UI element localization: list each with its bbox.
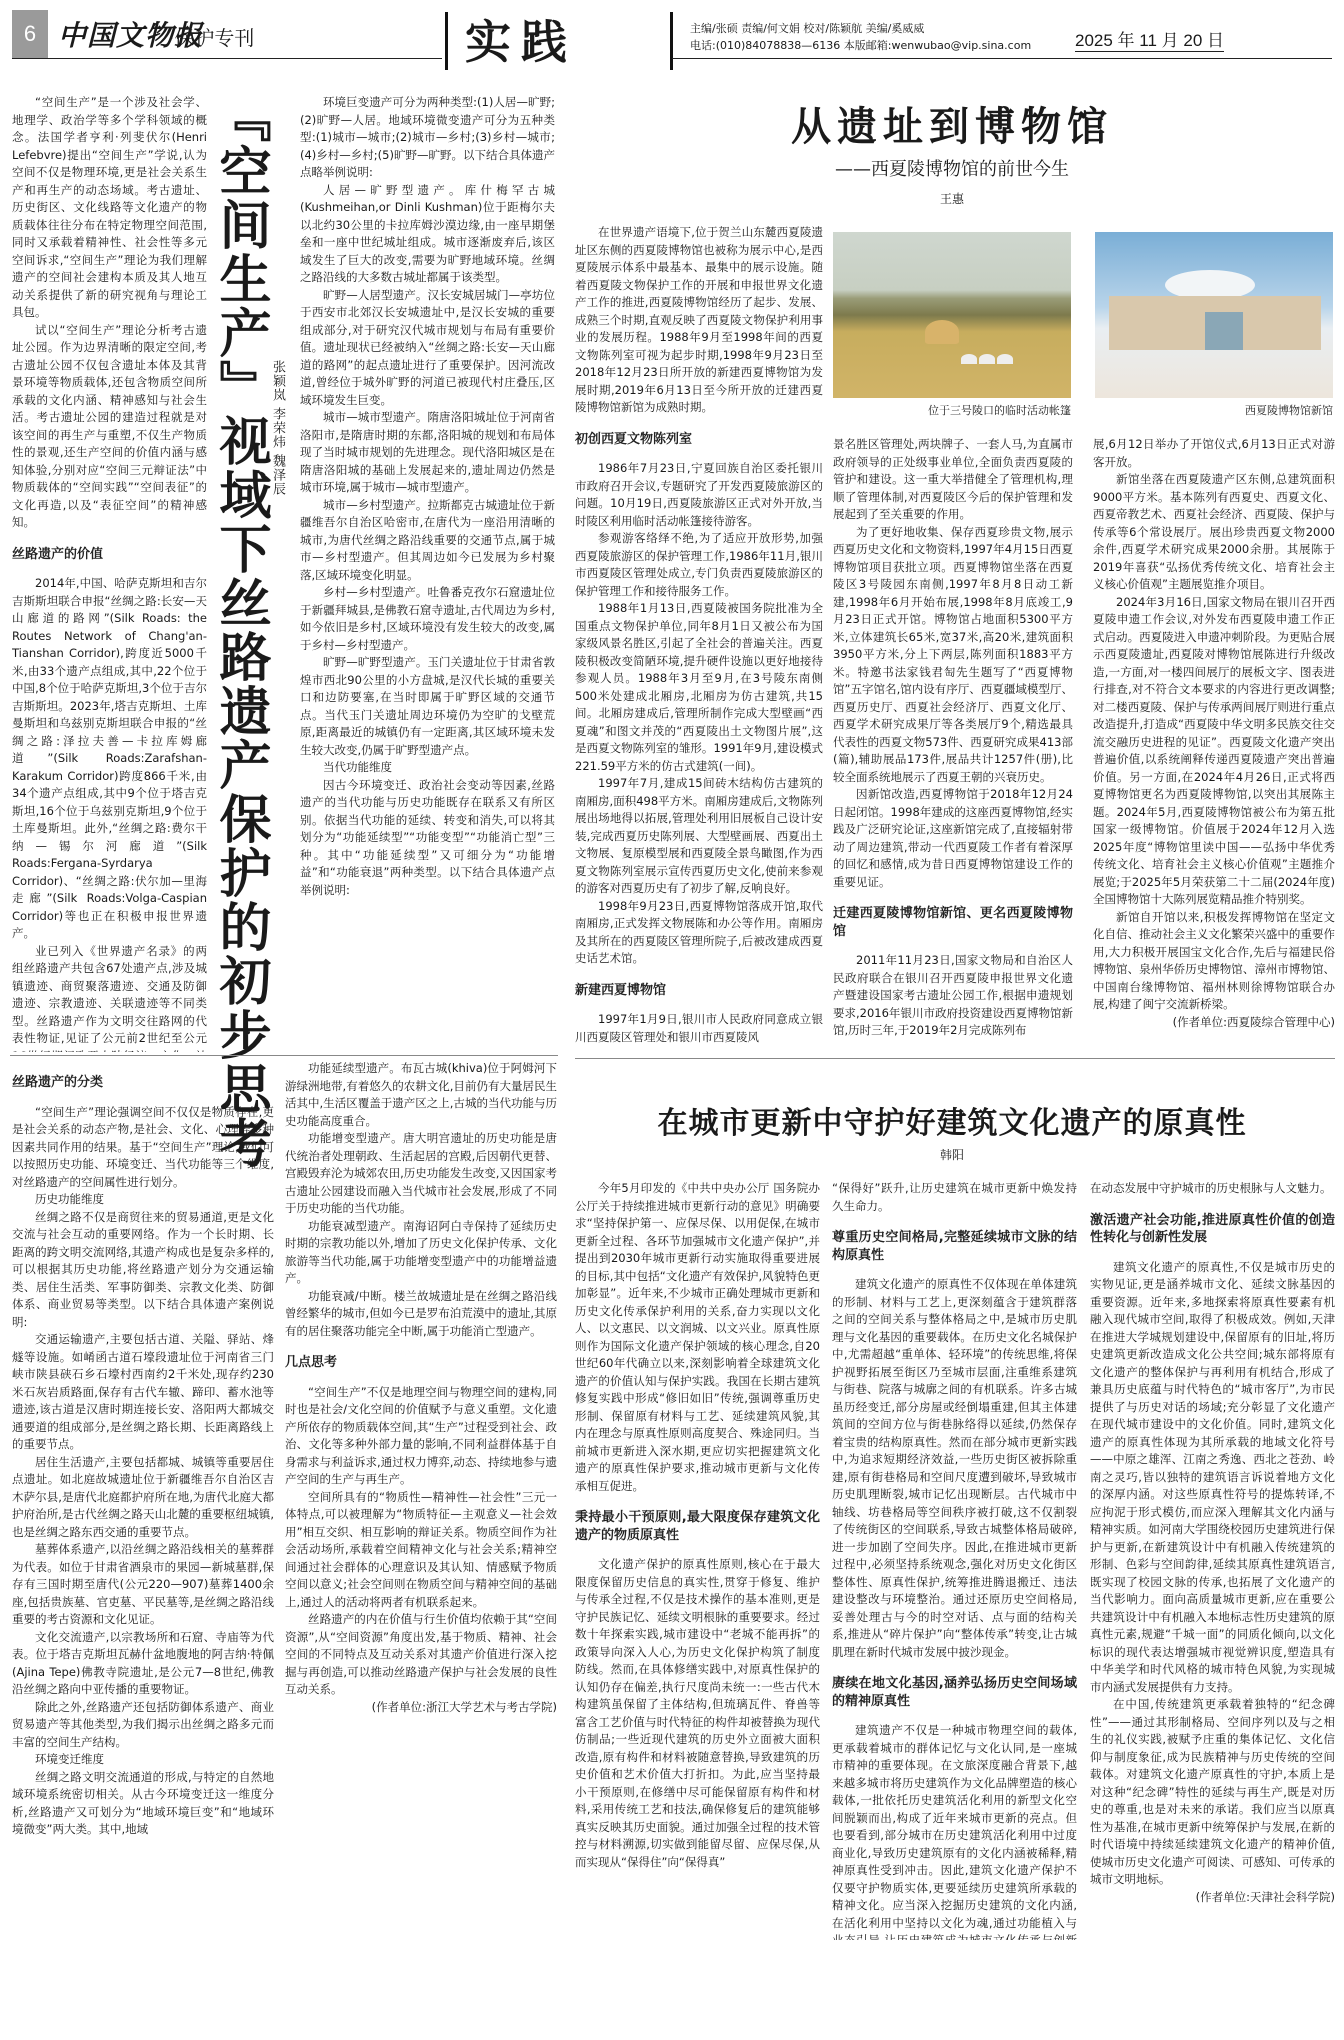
paragraph: 在世界遗产语境下,位于贺兰山东麓西夏陵遗址区东侧的西夏陵博物馆也被称为展示中心,… [575,224,823,417]
paragraph: 建筑文化遗产的原真性,不仅是城市历史的实物见证,更是涵养城市文化、延续文脉基因的… [1090,1259,1335,1697]
tomb-mound [925,320,959,344]
header-rule-left [12,58,442,59]
paragraph: 旷野—旷野型遗产。玉门关遗址位于甘肃省敦煌市西北90公里的小方盘城,是汉代长城的… [300,654,555,759]
paragraph: 为了更好地收集、保存西夏珍贵文物,展示西夏历史文化和文物资料,1997年4月15… [833,524,1073,787]
paragraph: 1986年7月23日,宁夏回族自治区委托银川市政府召开会议,专题研究了开发西夏陵… [575,460,823,530]
section-heading: 新建西夏博物馆 [575,982,823,1000]
section-heading: 迁建西夏陵博物馆新馆、更名西夏陵博物馆 [833,905,1073,940]
section-heading: 赓续在地文化基因,涵养弘扬历史空间场域的精神原真性 [832,1675,1077,1710]
article-column: 丝路遗产的分类 “空间生产”理论强调空间不仅仅是物质存在,更是社会关系的动态产物… [12,1060,274,1940]
paragraph: 功能衰减型遗产。南海诏阿白寺保持了延续历史时期的宗教功能以外,增加了历史文化保护… [285,1218,557,1288]
section-heading: 尊重历史空间格局,完整延续城市文脉的结构原真性 [832,1229,1077,1264]
paragraph: 除此之外,丝路遗产还包括防御体系遗产、商业贸易遗产等其他类型,为我们揭示出丝绸之… [12,1699,274,1752]
tent-shape [997,354,1013,364]
article-title: 从遗址到博物馆 [560,95,1344,152]
paragraph: 1988年1月13日,西夏陵被国务院批准为全国重点文物保护单位,同年8月1日又被… [575,600,823,775]
glass-facade [1205,312,1243,350]
page-number: 6 [12,10,48,58]
subsection-heading: 当代功能维度 [300,759,555,777]
paragraph: 旷野—人居型遗产。汉长安城居城门—亭坊位于西安市北郊汉长安城遗址中,是汉长安城的… [300,287,555,410]
paragraph: “空间生产”理论强调空间不仅仅是物质存在,更是社会关系的动态产物,是社会、文化、… [12,1104,274,1192]
paragraph: 参观游客络绎不绝,为了适应开放形势,加强西夏陵旅游区的保护管理工作,1986年1… [575,530,823,600]
paragraph: 1997年7月,建成15间砖木结构仿古建筑的南厢房,面积498平方米。南厢房建成… [575,775,823,898]
paragraph: 建筑文化遗产的原真性不仅体现在单体建筑的形制、材料与工艺上,更深刻蕴含于建筑群落… [832,1276,1077,1661]
paragraph: 因古今环境变迁、政治社会变动等因素,丝路遗产的当代功能与历史功能既存在联系又有所… [300,777,555,900]
article-column: 在世界遗产语境下,位于贺兰山东麓西夏陵遗址区东侧的西夏陵博物馆也被称为展示中心,… [575,224,823,1054]
paragraph: 1997年1月9日,银川市人民政府同意成立银川西夏陵区管理处和银川市西夏陵风 [575,1011,823,1046]
issue-date: 2025 年 11 月 20 日 [1075,26,1224,52]
section-heading: 丝路遗产的分类 [12,1074,274,1092]
section-heading: 几点思考 [285,1354,557,1372]
paragraph: 2014年,中国、哈萨克斯坦和吉尔吉斯斯坦联合申报“丝绸之路:长安—天山廊道的路… [12,575,207,943]
paragraph: 景名胜区管理处,两块牌子、一套人马,为直属市政府领导的正处级事业单位,全面负责西… [833,436,1073,524]
paragraph: 墓葬体系遗产,以沿丝绸之路沿线相关的墓葬群为代表。如位于甘肃省酒泉市的果园—新城… [12,1541,274,1629]
author-affiliation: (作者单位:西夏陵综合管理中心) [1093,1014,1335,1032]
paragraph: “空间生产”不仅是地理空间与物理空间的建构,同时也是社会/文化空间的价值赋予与意… [285,1384,557,1489]
paragraph: 丝绸之路文明交流通道的形成,与特定的自然地域环境系统密切相关。从古今环境变迁这一… [12,1769,274,1839]
paragraph: 人居—旷野型遗产。库什梅罕古城(Kushmeihan,or Dinli Kush… [300,182,555,287]
paragraph: 今年5月印发的《中共中央办公厅 国务院办公厅关于持续推进城市更新行动的意见》明确… [575,1180,820,1495]
article-author: 韩阳 [560,1146,1344,1163]
article-title: 在城市更新中守护好建筑文化遗产的原真性 [560,1098,1344,1142]
photo-caption: 位于三号陵口的临时活动帐篷 [833,402,1071,418]
header-rule-right [672,58,1332,59]
tent-shape [961,354,977,364]
paragraph: 居住生活遗产,主要包括都城、城镇等重要居住点遗址。如北庭故城遗址位于新疆维吾尔自… [12,1454,274,1542]
paragraph: 乡村—乡村型遗产。吐鲁番克孜尔石窟遗址位于新疆拜城县,是佛教石窟寺遗址,古代周边… [300,584,555,654]
paragraph: 文化遗产保护的原真性原则,核心在于最大限度保留历史信息的真实性,贯穿于修复、维护… [575,1556,820,1871]
paragraph: 城市—乡村型遗产。拉斯都克古城遗址位于新疆维吾尔自治区哈密市,在唐代为一座沿用清… [300,497,555,585]
subsection-heading: 历史功能维度 [12,1191,274,1209]
divider [10,1055,558,1056]
paragraph: “空间生产”是一个涉及社会学、地理学、政治学等多个学科领域的概念。法国学者亨利·… [12,94,207,322]
section-heading: 激活遗产社会功能,推进原真性价值的创造性转化与创新性发展 [1090,1212,1335,1247]
staff-credits: 主编/张硕 责编/何文娟 校对/陈颖航 美编/奚威威 电话:(010)84078… [690,20,1031,54]
article-subtitle: ——西夏陵博物馆的前世今生 [560,155,1344,181]
article-authors: 张颖岚 李荣炜 魏泽辰 [268,360,287,496]
section-title: 实践 [465,6,577,72]
paragraph: 业已列入《世界遗产名录》的两组丝路遗产共包含67处遗产点,涉及城镇遗迹、商贸聚落… [12,943,207,1053]
editors-line: 主编/张硕 责编/何文娟 校对/陈颖航 美编/奚威威 [690,20,1031,37]
author-affiliation: (作者单位:浙江大学艺术与考古学院) [285,1699,557,1717]
article-column: 环境巨变遗产可分为两种类型:(1)人居—旷野;(2)旷野—人居。地域环境微变遗产… [300,94,555,1056]
subsection-heading: 环境变迁维度 [12,1751,274,1769]
paragraph: 1998年9月23日,西夏博物馆落成开馆,取代南厢房,正式发挥文物展陈和办公等作… [575,898,823,968]
paragraph: “保得好”跃升,让历史建筑在城市更新中焕发持久生命力。 [832,1180,1077,1215]
article-column: 景名胜区管理处,两块牌子、一套人马,为直属市政府领导的正处级事业单位,全面负责西… [833,436,1073,1054]
divider [575,1058,1335,1059]
paragraph: 功能衰减/中断。楼兰故城遗址是在丝绸之路沿线曾经繁华的城市,但如今已是罗布泊荒漠… [285,1288,557,1341]
paragraph: 2011年11月23日,国家文物局和自治区人民政府联合在银川召开西夏陵申报世界文… [833,952,1073,1040]
paragraph: 在动态发展中守护城市的历史根脉与人文魅力。 [1090,1180,1335,1198]
section-heading: 秉持最小干预原则,最大限度保存建筑文化遗产的物质原真性 [575,1509,820,1544]
section-heading: 丝路遗产的价值 [12,546,207,564]
header-divider [445,12,448,70]
article-title: 『空间生产』视域下丝路遗产保护的初步思考 [210,90,270,1170]
paragraph: 丝绸之路不仅是商贸往来的贸易通道,更是文化交流与社会互动的重要网络。作为一个长时… [12,1209,274,1332]
paragraph: 环境巨变遗产可分为两种类型:(1)人居—旷野;(2)旷野—人居。地域环境微变遗产… [300,94,555,182]
photo-temporary-tents [833,232,1071,398]
article-column: “保得好”跃升,让历史建筑在城市更新中焕发持久生命力。 尊重历史空间格局,完整延… [832,1180,1077,1940]
paragraph: 新馆坐落在西夏陵遗产区东侧,总建筑面积9000平方米。基本陈列有西夏史、西夏文化… [1093,471,1335,594]
article-column: 功能延续型遗产。布瓦古城(khiva)位于阿姆河下游绿洲地带,有着悠久的农耕文化… [285,1060,557,1935]
author-affiliation: (作者单位:天津社会科学院) [1090,1889,1335,1907]
paragraph: 2024年3月16日,国家文物局在银川召开西夏陵申遗工作会议,对外发布西夏陵申遗… [1093,594,1335,909]
article-column: 在动态发展中守护城市的历史根脉与人文魅力。 激活遗产社会功能,推进原真性价值的创… [1090,1180,1335,1940]
article-column: 今年5月印发的《中共中央办公厅 国务院办公厅关于持续推进城市更新行动的意见》明确… [575,1180,820,1940]
photo-caption: 西夏陵博物馆新馆 [1095,402,1333,418]
article-author: 王惠 [560,190,1344,207]
paragraph: 文化交流遗产,以宗教场所和石窟、寺庙等为代表。位于塔吉克斯坦瓦赫什盆地腹地的阿吉… [12,1629,274,1699]
special-edition-label: ·保护专刊 [168,22,254,51]
photo-museum-new-building [1095,232,1333,398]
masthead: 6 中国文物报 ·保护专刊 实践 主编/张硕 责编/何文娟 校对/陈颖航 美编/… [0,0,1344,70]
paragraph: 功能延续型遗产。布瓦古城(khiva)位于阿姆河下游绿洲地带,有着悠久的农耕文化… [285,1060,557,1130]
header-divider [670,12,673,70]
contact-line: 电话:(010)84078838—6136 本版邮箱:wenwubao@vip.… [690,37,1031,54]
paragraph: 空间所具有的“物质性—精神性—社会性”三元一体特点,可以被理解为“物质特征—主观… [285,1489,557,1612]
section-heading: 初创西夏文物陈列室 [575,431,823,449]
paragraph: 建筑遗产不仅是一种城市物理空间的载体,更承载着城市的群体记忆与文化认同,是一座城… [832,1722,1077,1940]
paragraph: 交通运输遗产,主要包括古道、关隘、驿站、烽燧等设施。如崤函古道石壕段遗址位于河南… [12,1331,274,1454]
article-column: 展,6月12日举办了开馆仪式,6月13日正式对游客开放。 新馆坐落在西夏陵遗产区… [1093,436,1335,1054]
paragraph: 新馆自开馆以来,积极发挥博物馆在坚定文化自信、推动社会主义文化繁荣兴盛中的重要作… [1093,909,1335,1014]
article-column: “空间生产”是一个涉及社会学、地理学、政治学等多个学科领域的概念。法国学者亨利·… [12,94,207,1052]
paragraph: 因新馆改造,西夏博物馆于2018年12月24日起闭馆。1998年建成的这座西夏博… [833,786,1073,891]
paragraph: 丝路遗产的内在价值与行生价值均依赖于其“空间资源”,从“空间资源”角度出发,基于… [285,1611,557,1699]
tent-shape [979,354,995,364]
paragraph: 展,6月12日举办了开馆仪式,6月13日正式对游客开放。 [1093,436,1335,471]
paragraph: 试以“空间生产”理论分析考古遗址公园。作为边界清晰的限定空间,考古遗址公园不仅包… [12,322,207,532]
paragraph: 城市—城市型遗产。隋唐洛阳城址位于河南省洛阳市,是隋唐时期的东都,洛阳城的规划和… [300,409,555,497]
paragraph: 在中国,传统建筑更承载着独特的“纪念碑性”——通过其形制格局、空间序列以及与之相… [1090,1696,1335,1889]
paragraph: 功能增变型遗产。唐大明宫遗址的历史功能是唐代统治者处理朝政、生活起居的宫殿,后因… [285,1130,557,1218]
